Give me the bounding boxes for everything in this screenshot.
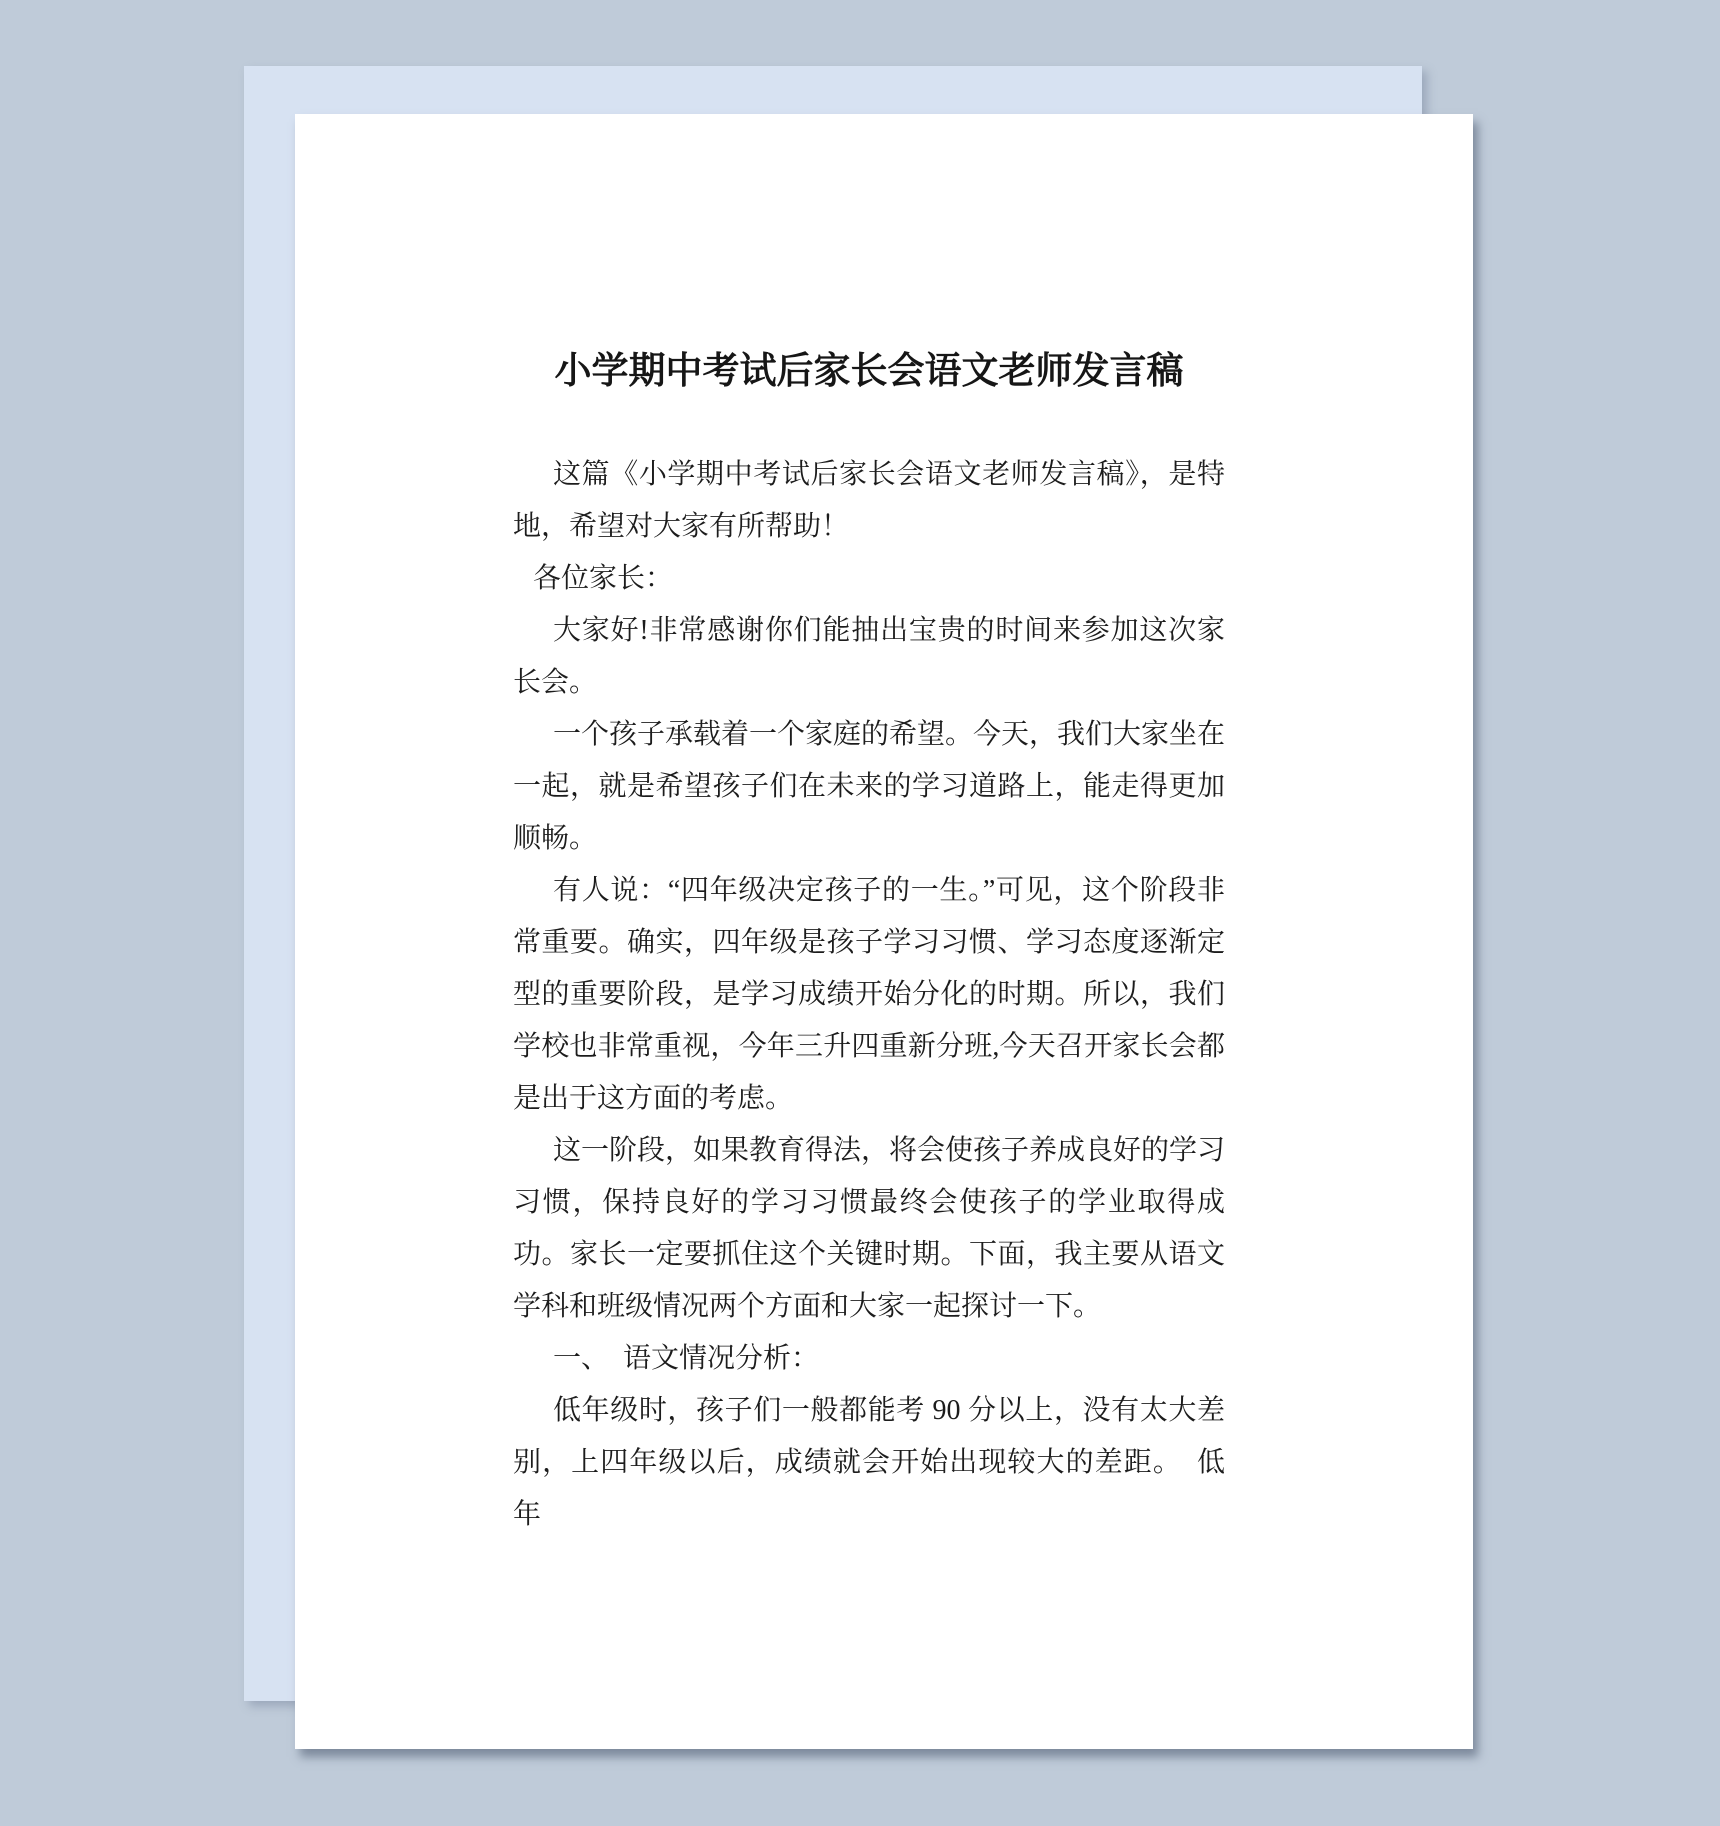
paragraph-salutation: 各位家长： <box>513 553 1225 605</box>
desktop-background: 小学期中考试后家长会语文老师发言稿 这篇《小学期中考试后家长会语文老师发言稿》，… <box>0 0 1720 1826</box>
paragraph-intro: 这篇《小学期中考试后家长会语文老师发言稿》，是特地，希望对大家有所帮助！ <box>513 449 1225 553</box>
paragraph-key-period: 这一阶段，如果教育得法，将会使孩子养成良好的学习习惯，保持良好的学习习惯最终会使… <box>513 1125 1225 1333</box>
paragraph-section-heading: 一、 语文情况分析： <box>513 1333 1225 1385</box>
document-page: 小学期中考试后家长会语文老师发言稿 这篇《小学期中考试后家长会语文老师发言稿》，… <box>295 114 1473 1749</box>
paragraph-grade4-importance: 有人说：“四年级决定孩子的一生。”可见，这个阶段非常重要。确实，四年级是孩子学习… <box>513 865 1225 1125</box>
paragraph-score-analysis: 低年级时，孩子们一般都能考 90 分以上，没有太大差别，上四年级以后，成绩就会开… <box>513 1385 1225 1541</box>
document-body: 这篇《小学期中考试后家长会语文老师发言稿》，是特地，希望对大家有所帮助！ 各位家… <box>513 449 1225 1541</box>
paragraph-greeting: 大家好!非常感谢你们能抽出宝贵的时间来参加这次家长会。 <box>513 605 1225 709</box>
document-title: 小学期中考试后家长会语文老师发言稿 <box>513 349 1225 393</box>
page-content: 小学期中考试后家长会语文老师发言稿 这篇《小学期中考试后家长会语文老师发言稿》，… <box>295 114 1473 1749</box>
paragraph-family-hope: 一个孩子承载着一个家庭的希望。今天，我们大家坐在一起，就是希望孩子们在未来的学习… <box>513 709 1225 865</box>
